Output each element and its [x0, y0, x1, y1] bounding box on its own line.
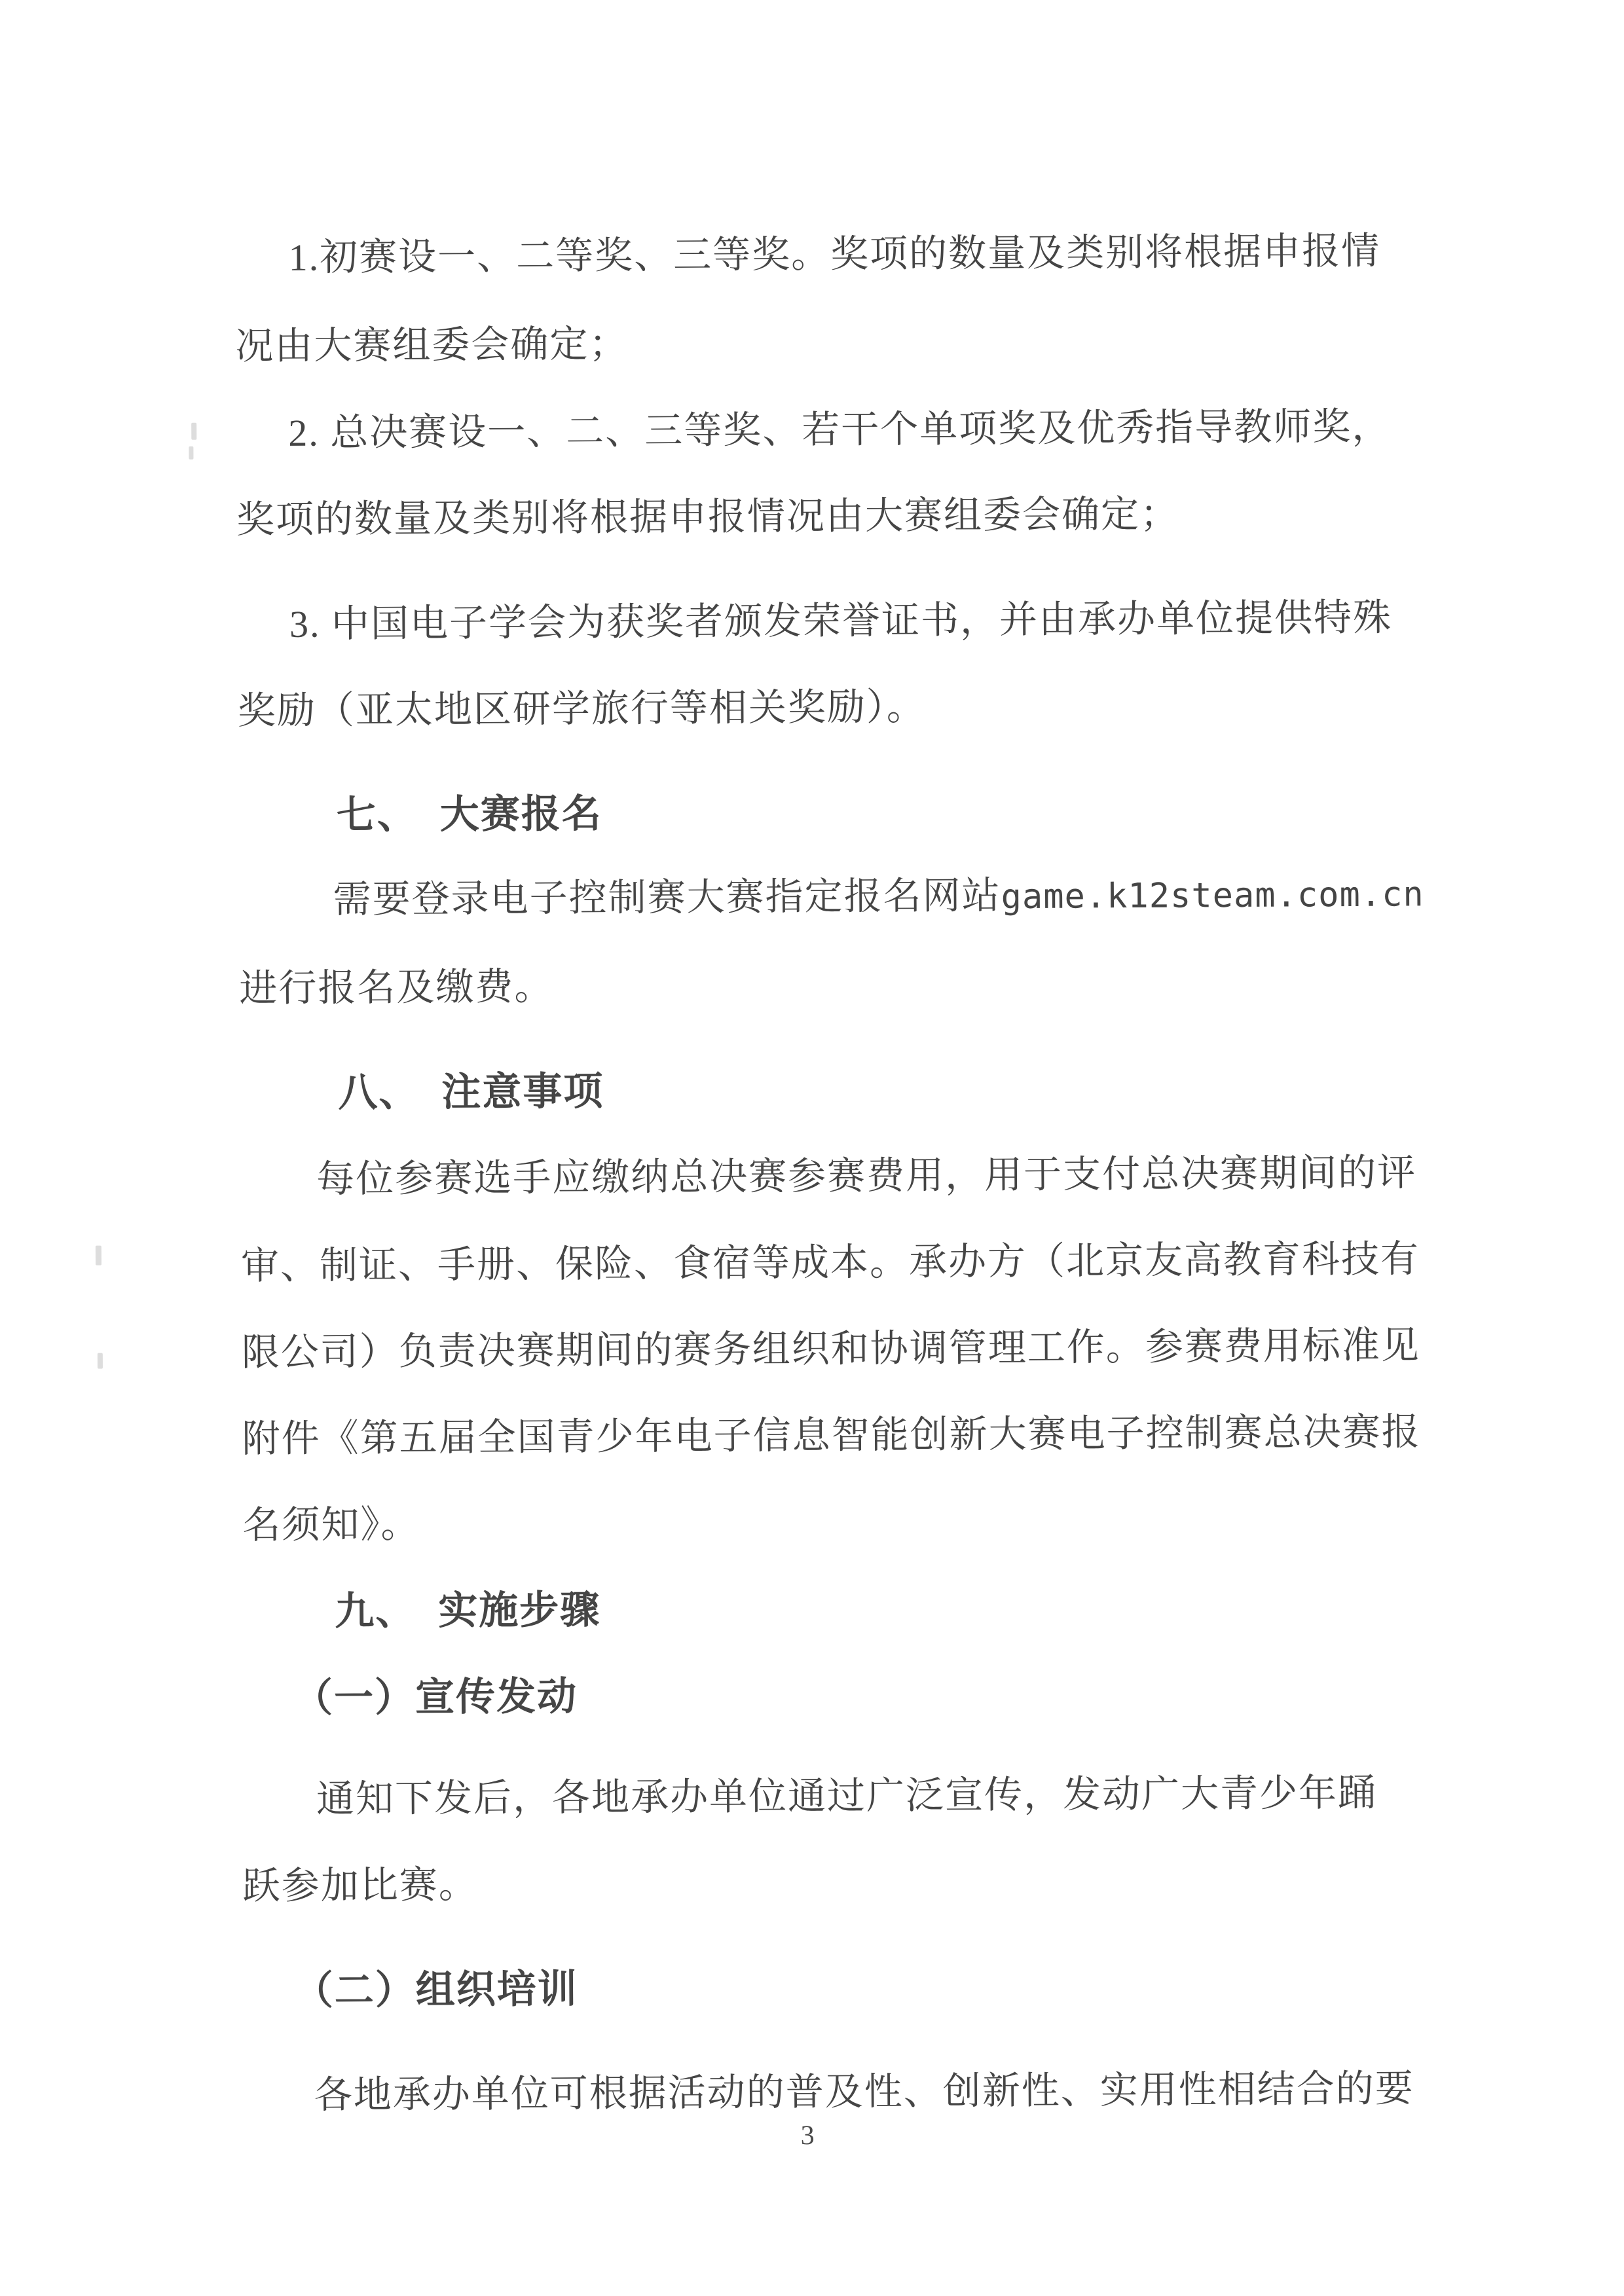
- line-publicity-2: 跃参加比赛。: [242, 1861, 478, 1910]
- line-award2-1: 2. 总决赛设一、二、三等奖、若干个单项奖及优秀指导教师奖，: [288, 403, 1391, 458]
- section-heading-7: 七、 大赛报名: [337, 790, 602, 839]
- scan-artifact: [189, 446, 193, 460]
- line-award2-2: 奖项的数量及类别将根据申报情况由大赛组委会确定；: [236, 490, 1179, 545]
- registration-text: 需要登录电子控制赛大赛指定报名网站: [333, 874, 1001, 920]
- line-notes-2: 审、制证、手册、保险、食宿等成本。承办方（北京友高教育科技有: [241, 1235, 1420, 1290]
- line-award1-1: 1.初赛设一、二等奖、三等奖。奖项的数量及类别将根据申报情: [288, 227, 1380, 282]
- line-publicity-1: 通知下发后，各地承办单位通过广泛宣传，发动广大青少年踊: [316, 1769, 1377, 1824]
- sub-heading-step2: （二）组织培训: [294, 1965, 578, 2015]
- section-heading-8: 八、 注意事项: [338, 1067, 604, 1117]
- line-notes-1: 每位参赛选手应缴纳总决赛参赛费用，用于支付总决赛期间的评: [316, 1148, 1416, 1203]
- scan-artifact: [191, 423, 196, 440]
- document-content: 1.初赛设一、二等奖、三等奖。奖项的数量及类别将根据申报情 况由大赛组委会确定；…: [0, 0, 1624, 2296]
- line-notes-4: 附件《第五届全国青少年电子信息智能创新大赛电子控制赛总决赛报: [242, 1408, 1420, 1463]
- registration-url: game.k12steam.com.cn: [1001, 875, 1424, 917]
- line-registration-1: 需要登录电子控制赛大赛指定报名网站game.k12steam.com.cn: [333, 869, 1424, 925]
- line-award3-2: 奖励（亚太地区研学旅行等相关奖励）。: [238, 683, 926, 735]
- document-page: 1.初赛设一、二等奖、三等奖。奖项的数量及类别将根据申报情 况由大赛组委会确定；…: [0, 0, 1624, 2296]
- section-heading-9: 九、 实施步骤: [335, 1586, 600, 1635]
- line-award3-1: 3. 中国电子学会为获奖者颁发荣誉证书，并由承办单位提供特殊: [289, 594, 1392, 649]
- line-training-1: 各地承办单位可根据活动的普及性、创新性、实用性相结合的要: [314, 2064, 1414, 2119]
- scan-artifact: [96, 1246, 101, 1266]
- line-registration-2: 进行报名及缴费。: [239, 962, 553, 1013]
- sub-heading-step1: （一）宣传发动: [293, 1672, 578, 1722]
- page-number: 3: [5, 2115, 1610, 2157]
- line-award1-2: 况由大赛组委会确定；: [235, 320, 628, 371]
- line-notes-5: 名须知》。: [242, 1501, 420, 1550]
- line-notes-3: 限公司）负责决赛期间的赛务组织和协调管理工作。参赛费用标准见: [242, 1321, 1420, 1377]
- scan-artifact: [98, 1353, 103, 1369]
